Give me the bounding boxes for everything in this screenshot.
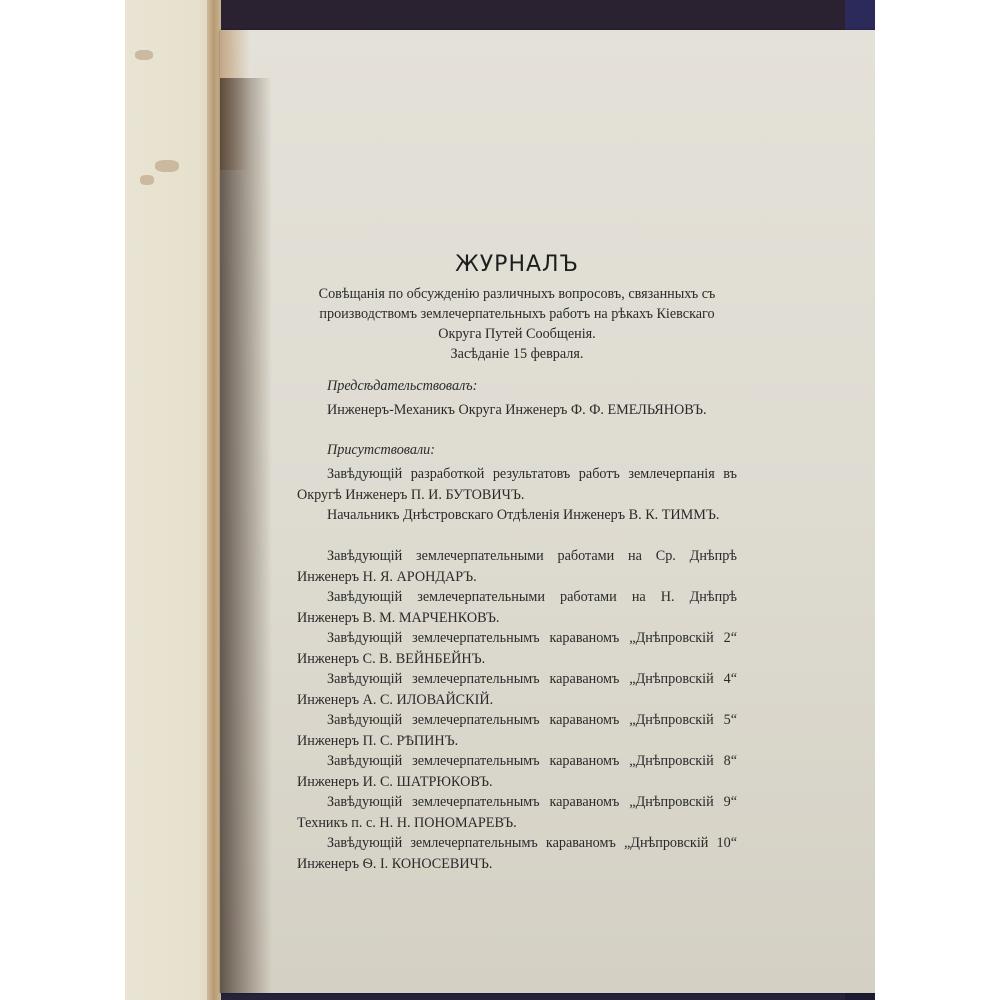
photo-frame: ЖУРНАЛЪ Совѣщанія по обсужденію различны… [125, 0, 875, 1000]
attendee-entry: Завѣдующій землечерпательнымъ караваномъ… [297, 669, 737, 710]
stain [155, 160, 179, 172]
session-date: Засѣданіе 15 февраля. [297, 346, 737, 363]
attendee-text: Завѣдующій разработкой результатовъ рабо… [297, 466, 737, 503]
attendee-text: Завѣдующій землечерпательнымъ караваномъ… [297, 794, 737, 831]
chaired-label: Предсѣдательствовалъ: [327, 378, 477, 395]
left-page [125, 0, 217, 1000]
document-subtitle: Совѣщанія по обсужденію различныхъ вопро… [297, 284, 737, 344]
attendee-entry: Завѣдующій землечерпательнымъ караваномъ… [297, 751, 737, 792]
chairman-text: Инженеръ-Механикъ Округа Инженеръ Ф. Ф. … [327, 402, 707, 418]
attendee-entry: Завѣдующій разработкой результатовъ рабо… [297, 464, 737, 505]
stain [140, 175, 154, 185]
attendee-entry: Завѣдующій землечерпательными работами н… [297, 546, 737, 587]
attendee-text: Завѣдующій землечерпательнымъ караваномъ… [297, 671, 737, 708]
document-title: ЖУРНАЛЪ [297, 252, 737, 277]
attendee-text: Начальникъ Днѣстровскаго Отдѣленія Инжен… [327, 507, 719, 523]
attendee-text: Завѣдующій землечерпательнымъ караваномъ… [297, 835, 737, 872]
attendee-text: Завѣдующій землечерпательнымъ караваномъ… [297, 753, 737, 790]
attendee-entry: Завѣдующій землечерпательнымъ караваномъ… [297, 628, 737, 669]
present-label: Присутствовали: [327, 442, 435, 459]
chairman-entry: Инженеръ-Механикъ Округа Инженеръ Ф. Ф. … [297, 400, 737, 421]
attendee-entry: Завѣдующій землечерпательными работами н… [297, 587, 737, 628]
stain [135, 50, 153, 60]
left-page-edge [207, 0, 221, 1000]
attendee-entry: Начальникъ Днѣстровскаго Отдѣленія Инжен… [297, 505, 737, 526]
attendee-text: Завѣдующій землечерпательнымъ караваномъ… [297, 630, 737, 667]
attendee-entry: Завѣдующій землечерпательнымъ караваномъ… [297, 833, 737, 874]
attendee-text: Завѣдующій землечерпательными работами н… [297, 548, 737, 585]
page-shadow [220, 78, 272, 993]
attendee-text: Завѣдующій землечерпательнымъ караваномъ… [297, 712, 737, 749]
attendee-entry: Завѣдующій землечерпательнымъ караваномъ… [297, 792, 737, 833]
attendee-text: Завѣдующій землечерпательными работами н… [297, 589, 737, 626]
attendee-entry: Завѣдующій землечерпательнымъ караваномъ… [297, 710, 737, 751]
